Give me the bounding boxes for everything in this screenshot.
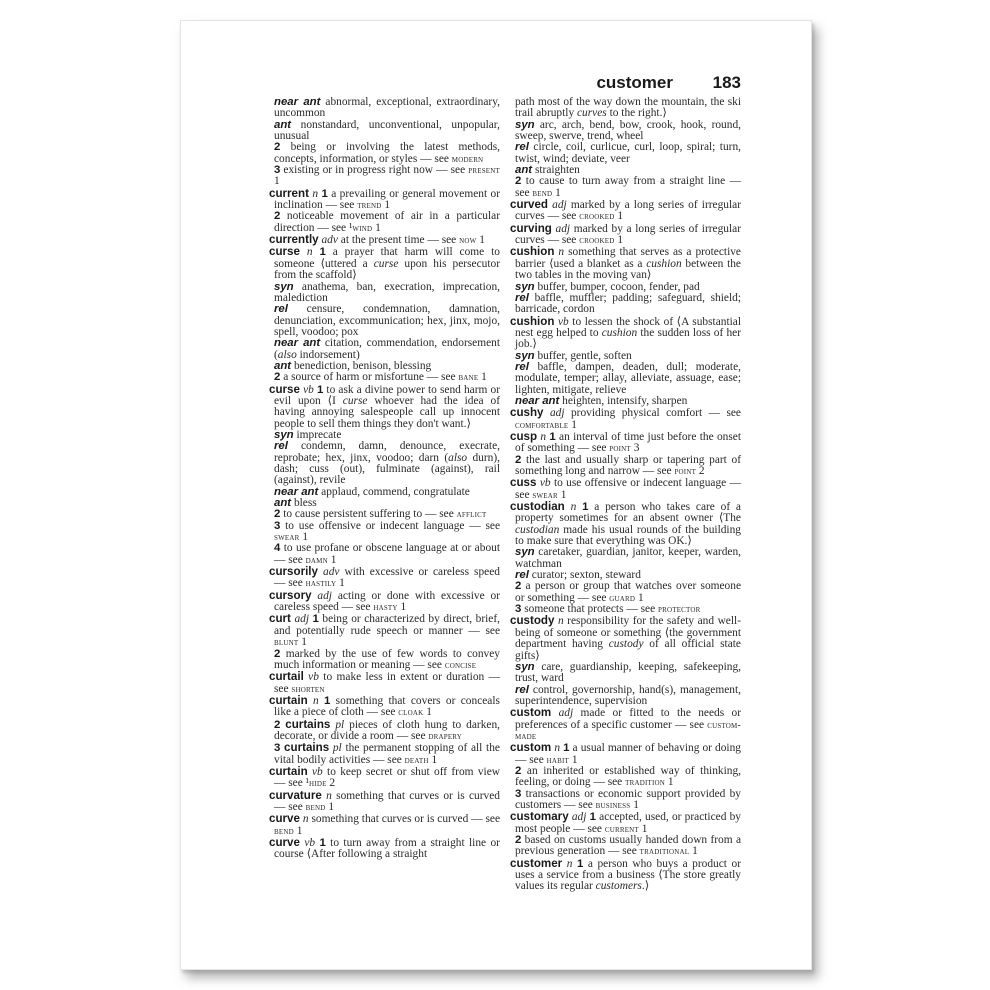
dictionary-entry: cuss vb to use offensive or indecent lan… [510, 477, 741, 501]
text: existing or in progress right now — see [280, 164, 468, 176]
entry-sense: ant nonstandard, unconventional, unpopul… [269, 120, 500, 143]
part-of-speech: adv [323, 566, 339, 578]
text: something that curves or is curved — see [309, 813, 500, 825]
headword: curve [269, 812, 300, 825]
headword: curved [510, 198, 548, 211]
italic-text: cushion [646, 258, 681, 270]
cross-reference: BEND [532, 188, 552, 199]
cross-reference: WIND [352, 223, 372, 234]
text: buffer, gentle, soften [535, 350, 632, 362]
text: 1 [336, 577, 345, 589]
text: 1 [294, 825, 303, 837]
dictionary-entry: curtail vb to make less in extent or dur… [269, 671, 500, 695]
headword: cuss [510, 476, 536, 489]
text: straighten [532, 164, 580, 176]
dictionary-entry: curved adj marked by a long series of ir… [510, 199, 741, 223]
headword: custodian [510, 500, 565, 513]
headword: curtail [269, 670, 304, 683]
label: syn [515, 281, 535, 293]
entry-sense: rel condemn, damn, denounce, execrate, r… [269, 441, 500, 486]
cross-reference: TRADITIONAL [640, 846, 690, 857]
text: circle, coil, curlicue, curl, loop, spir… [515, 141, 741, 164]
text: a source of harm or misfortune — see [280, 371, 458, 383]
text [551, 707, 558, 719]
dictionary-entry: cusp n 1 an interval of time just before… [510, 431, 741, 455]
right-column: path most of the way down the mountain, … [510, 97, 741, 893]
label: syn [515, 350, 535, 362]
cross-reference: COMFORTABLE [515, 420, 568, 431]
entry-sense: 3 transactions or economic support provi… [510, 789, 741, 812]
part-of-speech: vb [308, 671, 319, 683]
text: caretaker, guardian, janitor, keeper, wa… [515, 546, 741, 569]
entry-sense: 2 the last and usually sharp or tapering… [510, 455, 741, 478]
text: anathema, ban, execration, imprecation, … [274, 281, 500, 304]
cross-reference: DRAPERY [428, 731, 462, 742]
cross-reference: BLUNT [274, 637, 298, 648]
dictionary-entry: curve n something that curves or is curv… [269, 813, 500, 837]
dictionary-entry: curse n 1 a prayer that harm will come t… [269, 246, 500, 281]
text: 1 [614, 234, 623, 246]
headword: customary [510, 810, 569, 823]
text: 1 [326, 801, 335, 813]
entry-sense: 2 an inherited or established way of thi… [510, 766, 741, 789]
label: near ant [274, 337, 320, 349]
dictionary-entry: cushy adj providing physical comfort — s… [510, 407, 741, 431]
dictionary-entry: curvature n something that curves or is … [269, 790, 500, 814]
text: imprecate [294, 429, 342, 441]
label: ant [515, 164, 532, 176]
dictionary-entry: curve vb 1 to turn away from a straight … [269, 837, 500, 861]
text: indorsement) [297, 349, 360, 361]
dictionary-entry: custodian n 1 a person who takes care of… [510, 501, 741, 547]
label: syn [515, 661, 535, 673]
label: rel [274, 303, 288, 315]
dictionary-entry: currently adv at the present time — see … [269, 234, 500, 246]
entry-sense: rel baffle, muffler; padding; safeguard,… [510, 293, 741, 316]
headword: cursorily [269, 565, 318, 578]
entry-sense: 4 to use profane or obscene language at … [269, 543, 500, 566]
text: 1 [568, 419, 577, 431]
cross-reference: SHORTEN [291, 684, 324, 695]
text: 1 [476, 234, 485, 246]
headword: curve [269, 836, 300, 849]
part-of-speech: vb [312, 766, 323, 778]
text: noticeable movement of air in a particul… [274, 210, 500, 233]
cross-reference: BUSINESS [596, 800, 631, 811]
dictionary-entry: curving adj marked by a long series of i… [510, 223, 741, 247]
entry-sense: 2 noticeable movement of air in a partic… [269, 211, 500, 234]
label: ant [274, 119, 291, 131]
dictionary-entry: custody n responsibility for the safety … [510, 615, 741, 661]
headword: cushion [510, 245, 554, 258]
label: rel [515, 569, 529, 581]
label: syn [515, 546, 535, 558]
text: baffle, muffler; padding; safeguard, shi… [515, 292, 741, 315]
label: rel [274, 440, 288, 452]
text: 1 [328, 554, 337, 566]
text: .⟩ [642, 880, 649, 892]
cross-reference: CURRENT [605, 824, 639, 835]
cross-reference: TRADITION [625, 777, 665, 788]
cross-reference: PROTECTOR [658, 604, 701, 615]
text: 1 [665, 776, 674, 788]
text: to the right.⟩ [607, 107, 667, 119]
entry-sense: rel control, governorship, hand(s), mana… [510, 685, 741, 708]
text: 1 [300, 531, 309, 543]
cross-reference: CLOAK [398, 707, 423, 718]
dictionary-page: customer 183 near ant abnormal, exceptio… [180, 20, 812, 970]
text: bless [291, 497, 317, 509]
text: 1 [274, 175, 280, 187]
cross-reference: HASTILY [306, 578, 337, 589]
dictionary-entry: cursory adj acting or done with excessiv… [269, 590, 500, 614]
part-of-speech: adj [559, 707, 574, 719]
text: nonstandard, unconventional, unpopular, … [274, 119, 500, 142]
headword: currently [269, 233, 319, 246]
dictionary-entry: custom n 1 a usual manner of behaving or… [510, 742, 741, 766]
part-of-speech: vb [304, 837, 315, 849]
headword: curtains [285, 718, 330, 731]
cross-reference: SWEAR [274, 532, 300, 543]
entry-sense: rel censure, condemnation, damnation, de… [269, 304, 500, 338]
italic-text: also [278, 349, 297, 361]
cross-reference: NOW [459, 235, 476, 246]
text: censure, condemnation, damnation, denunc… [274, 303, 500, 338]
text: control, governorship, hand(s), manageme… [515, 684, 741, 707]
entry-sense: 3 existing or in progress right now — se… [269, 165, 500, 188]
part-of-speech: vb [540, 477, 551, 489]
entry-sense: 2 a person or group that watches over so… [510, 581, 741, 604]
label: rel [515, 361, 529, 373]
part-of-speech: adj [552, 199, 567, 211]
text: 1 [689, 845, 698, 857]
cross-reference: PRESENT [468, 165, 500, 176]
part-of-speech: adj [317, 590, 332, 602]
label: near ant [274, 96, 320, 108]
label: near ant [274, 486, 318, 498]
cross-reference: AFFLICT [457, 509, 487, 520]
text: the last and usually sharp or tapering p… [515, 454, 741, 477]
cross-reference: DAMN [306, 555, 328, 566]
italic-text: cushion [602, 327, 637, 339]
entry-sense: 2 based on customs usually handed down f… [510, 835, 741, 858]
cross-reference: HABIT [547, 755, 569, 766]
text: based on customs usually handed down fro… [515, 834, 741, 857]
cross-reference: POINT [609, 443, 631, 454]
page-number: 183 [713, 73, 741, 93]
part-of-speech: n [307, 246, 313, 258]
guide-word: customer [596, 73, 673, 93]
italic-text: curse [343, 395, 368, 407]
entry-sense: 2 to cause to turn away from a straight … [510, 176, 741, 199]
headword: customer [510, 857, 562, 870]
headword: custody [510, 614, 554, 627]
entry-sense: 2 a source of harm or misfortune — see B… [269, 372, 500, 383]
entry-sense: rel baffle, dampen, deaden, dull; modera… [510, 362, 741, 396]
cross-reference: HASTY [373, 602, 397, 613]
cross-reference: HIDE [309, 778, 327, 789]
label: rel [515, 141, 529, 153]
text: curator; sexton, steward [529, 569, 641, 581]
text: applaud, commend, congratulate [318, 486, 470, 498]
headword: custom [510, 741, 551, 754]
label: near ant [515, 395, 559, 407]
italic-text: curse [374, 258, 399, 270]
text: 1 [614, 210, 623, 222]
text: 1 [372, 222, 381, 234]
entry-sense: near ant heighten, intensify, sharpen [510, 396, 741, 407]
cross-reference: GUARD [609, 593, 635, 604]
entry-sense: path most of the way down the mountain, … [510, 97, 741, 120]
part-of-speech: adj [550, 407, 565, 419]
entry-sense: syn care, guardianship, keeping, safekee… [510, 662, 741, 685]
dictionary-entry: customer n 1 a person who buys a product… [510, 858, 741, 893]
part-of-speech: vb [558, 316, 569, 328]
italic-text: customers [596, 880, 642, 892]
cross-reference: BANE [458, 372, 478, 383]
label: syn [515, 119, 535, 131]
part-of-speech: adj [556, 223, 571, 235]
entry-sense: near ant citation, commendation, endorse… [269, 338, 500, 361]
text: to use offensive or indecent language — … [280, 520, 500, 532]
headword: cusp [510, 430, 537, 443]
headword: cushion [510, 315, 554, 328]
text: providing physical comfort — see [565, 407, 741, 419]
text: benediction, benison, blessing [291, 360, 431, 372]
headword: curtain [269, 694, 308, 707]
label: ant [274, 497, 291, 509]
entry-sense: rel circle, coil, curlicue, curl, loop, … [510, 142, 741, 165]
part-of-speech: pl [335, 719, 344, 731]
cross-reference: BEND [274, 826, 294, 837]
headword: curt [269, 612, 291, 625]
italic-text: curves [577, 107, 607, 119]
text: arc, arch, bend, bow, crook, hook, round… [515, 119, 741, 142]
text: 2 [327, 777, 336, 789]
text: at the present time — see [338, 234, 459, 246]
cross-reference: MODERN [452, 154, 484, 165]
dictionary-entry: cushion vb to lessen the shock of ⟨A sub… [510, 316, 741, 351]
entry-sense: syn anathema, ban, execration, imprecati… [269, 282, 500, 305]
part-of-speech: adj [572, 811, 587, 823]
dictionary-entry: cursorily adv with excessive or careless… [269, 566, 500, 590]
headword: curving [510, 222, 552, 235]
part-of-speech: n [313, 695, 319, 707]
dictionary-entry: curtain vb to keep secret or shut off fr… [269, 766, 500, 790]
entry-sense: 3 to use offensive or indecent language … [269, 521, 500, 544]
label: rel [515, 292, 529, 304]
dictionary-entry: cushion n something that serves as a pro… [510, 246, 741, 281]
cross-reference: CROOKED [579, 211, 614, 222]
cross-reference: SWEAR [532, 490, 558, 501]
text-columns: near ant abnormal, exceptional, extraord… [269, 97, 741, 893]
text: buffer, bumper, cocoon, fender, pad [535, 281, 700, 293]
entry-sense: 3 curtains pl the permanent stopping of … [269, 742, 500, 766]
dictionary-entry: current n 1 a prevailing or general move… [269, 188, 500, 212]
italic-text: custodian [515, 524, 559, 536]
text: 2 [696, 465, 705, 477]
italic-text: also [448, 452, 467, 464]
cross-reference: CROOKED [579, 235, 614, 246]
text: 1 [398, 601, 407, 613]
dictionary-entry: curse vb 1 to ask a divine power to send… [269, 384, 500, 430]
text: baffle, dampen, deaden, dull; moderate, … [515, 361, 741, 396]
headword: curtain [269, 765, 308, 778]
part-of-speech: adv [321, 234, 337, 246]
text: 1 [552, 187, 561, 199]
text: someone that protects — see [521, 603, 658, 615]
headword: curse [269, 245, 300, 258]
part-of-speech: pl [333, 742, 342, 754]
headword: curse [269, 383, 300, 396]
entry-sense: syn caretaker, guardian, janitor, keeper… [510, 547, 741, 570]
text: 1 [423, 706, 432, 718]
entry-sense: near ant abnormal, exceptional, extraord… [269, 97, 500, 120]
part-of-speech: adj [294, 613, 309, 625]
headword: cursory [269, 589, 312, 602]
cross-reference: POINT [674, 466, 696, 477]
part-of-speech: vb [303, 384, 314, 396]
entry-sense: 2 marked by the use of few words to conv… [269, 649, 500, 672]
cross-reference: DEATH [405, 755, 429, 766]
dictionary-entry: curt adj 1 being or characterized by dir… [269, 613, 500, 648]
text [300, 246, 307, 258]
text: 1 [569, 754, 578, 766]
cross-reference: BEND [306, 802, 326, 813]
headword: curvature [269, 789, 322, 802]
text: 1 [429, 754, 438, 766]
text: 1 [630, 799, 639, 811]
text: care, guardianship, keeping, safekeeping… [515, 661, 741, 684]
cross-reference: TREND [357, 200, 381, 211]
text: 1 [558, 489, 567, 501]
label: syn [274, 429, 294, 441]
headword: cushy [510, 406, 544, 419]
text: 1 [478, 371, 487, 383]
text: 1 [635, 592, 644, 604]
text: 1 [639, 823, 648, 835]
text: to cause persistent suffering to — see [280, 508, 456, 520]
dictionary-entry: curtain n 1 something that covers or con… [269, 695, 500, 719]
label: rel [515, 684, 529, 696]
headword: curtains [284, 741, 329, 754]
label: ant [274, 360, 291, 372]
italic-text: custody [609, 638, 644, 650]
headword: custom [510, 706, 551, 719]
dictionary-entry: customary adj 1 accepted, used, or pract… [510, 811, 741, 835]
cross-reference: CONCISE [445, 660, 476, 671]
left-column: near ant abnormal, exceptional, extraord… [269, 97, 500, 893]
headword: current [269, 187, 309, 200]
label: syn [274, 281, 294, 293]
text: 1 [298, 636, 307, 648]
text: 1 [382, 199, 391, 211]
text: 3 [631, 442, 640, 454]
entry-sense: syn arc, arch, bend, bow, crook, hook, r… [510, 120, 741, 143]
dictionary-entry: custom adj made or fitted to the needs o… [510, 707, 741, 742]
entry-sense: 2 curtains pl pieces of cloth hung to da… [269, 719, 500, 743]
text: heighten, intensify, sharpen [559, 395, 687, 407]
entry-sense: 2 being or involving the latest methods,… [269, 142, 500, 165]
